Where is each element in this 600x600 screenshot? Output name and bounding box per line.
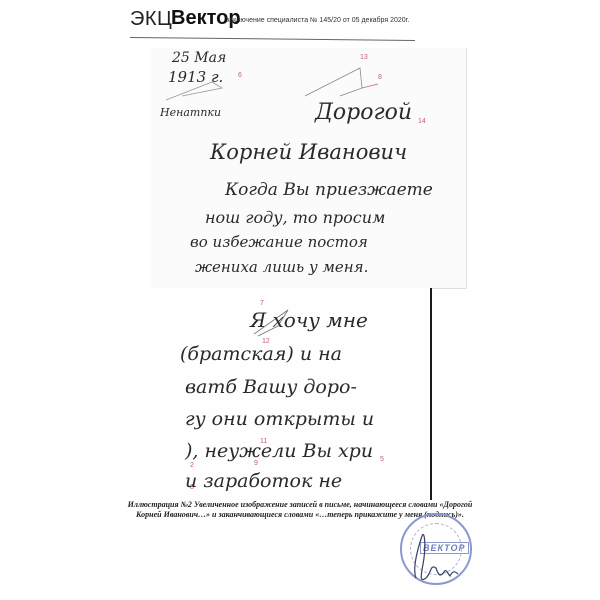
scan-border-line: [430, 288, 432, 500]
letter-line: (братская) и на: [180, 343, 342, 365]
letter-date: 25 Мая: [172, 50, 226, 66]
letter-line: Я хочу мне: [250, 308, 368, 332]
annotation-mark: 2: [190, 462, 194, 469]
letter-line: ), неужели Вы хри: [185, 440, 373, 462]
letter-line: Дорогой: [315, 100, 412, 125]
letter-line: гу они открыты и: [185, 408, 374, 430]
annotation-mark: 14: [418, 118, 426, 125]
header-divider: [130, 37, 415, 41]
signature: [408, 528, 468, 588]
letter-line: во избежание постоя: [190, 233, 368, 251]
annotation-mark: 5: [380, 456, 384, 463]
letter-line: ватб Вашу доро-: [185, 376, 357, 398]
letter-scan-bottom: 7 12 11 9 5 2 8 Я хочу мне (братская) и …: [150, 288, 430, 500]
letter-line: и заработок не: [185, 470, 342, 492]
letter-line: Корней Иванович: [210, 140, 407, 164]
letter-scan-top: 25 Мая 1913 г. Ненатпки 13 8 6 14 Дорого…: [150, 48, 467, 289]
header-subtitle: заключение специалиста № 145/20 от 05 де…: [226, 17, 409, 24]
annotation-lines: [162, 78, 242, 108]
letter-line: Когда Вы приезжаете: [225, 180, 433, 200]
document-header: ЭКЦ Вектор заключение специалиста № 145/…: [130, 6, 470, 36]
annotation-lines: [300, 56, 410, 106]
brand-prefix: ЭКЦ: [130, 8, 172, 31]
letter-line: жениха лишь у меня.: [195, 258, 368, 276]
letter-line: нош году, то просим: [205, 208, 385, 227]
